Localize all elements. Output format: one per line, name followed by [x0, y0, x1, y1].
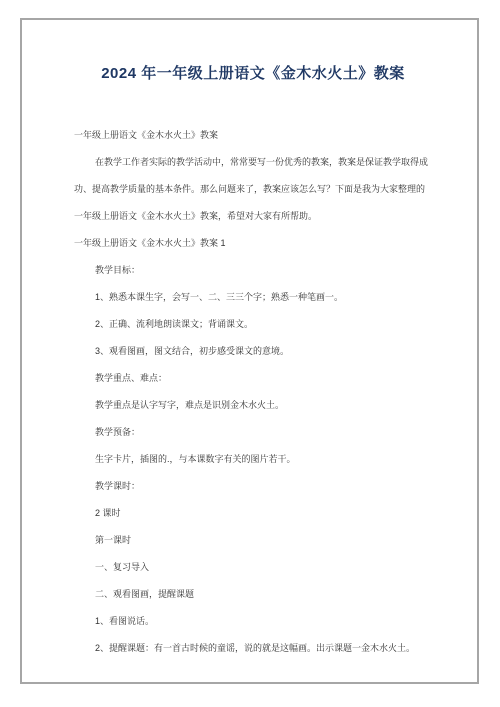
document-body: 一年级上册语文《金木水火土》教案在教学工作者实际的教学活动中，常常要写一份优秀的…: [74, 122, 432, 662]
paragraph: 一年级上册语文《金木水火土》教案 1: [74, 230, 432, 257]
paragraph: 第一课时: [74, 527, 432, 554]
document-page: 2024 年一年级上册语文《金木水火土》教案 一年级上册语文《金木水火土》教案在…: [20, 18, 479, 684]
paragraph: 教学预备：: [74, 419, 432, 446]
document-title: 2024 年一年级上册语文《金木水火土》教案: [74, 62, 432, 86]
paragraph: 一、复习导入: [74, 554, 432, 581]
paragraph: 1、熟悉本课生字，会写一、二、三三个字；熟悉一种笔画一。: [74, 284, 432, 311]
paragraph: 2、正确、流利地朗读课文；背诵课文。: [74, 311, 432, 338]
paragraph: 3、观看图画，图文结合，初步感受课文的意境。: [74, 338, 432, 365]
paragraph: 教学课时：: [74, 473, 432, 500]
paragraph: 在教学工作者实际的教学活动中，常常要写一份优秀的教案，教案是保证教学取得成功、提…: [74, 149, 432, 230]
paragraph: 教学重点、难点：: [74, 365, 432, 392]
paragraph: 二、观看图画，提醒课题: [74, 581, 432, 608]
paragraph: 教学重点是认字写字，难点是识别金木水火土。: [74, 392, 432, 419]
paragraph: 一年级上册语文《金木水火土》教案: [74, 122, 432, 149]
paragraph: 1、看图说话。: [74, 608, 432, 635]
paragraph: 2 课时: [74, 500, 432, 527]
paragraph: 教学目标：: [74, 257, 432, 284]
paragraph: 2、提醒课题：有一首古时候的童谣，说的就是这幅画。出示课题一金木水火土。: [74, 635, 432, 662]
paragraph: 生字卡片，插图的.，与本课数字有关的图片若干。: [74, 446, 432, 473]
